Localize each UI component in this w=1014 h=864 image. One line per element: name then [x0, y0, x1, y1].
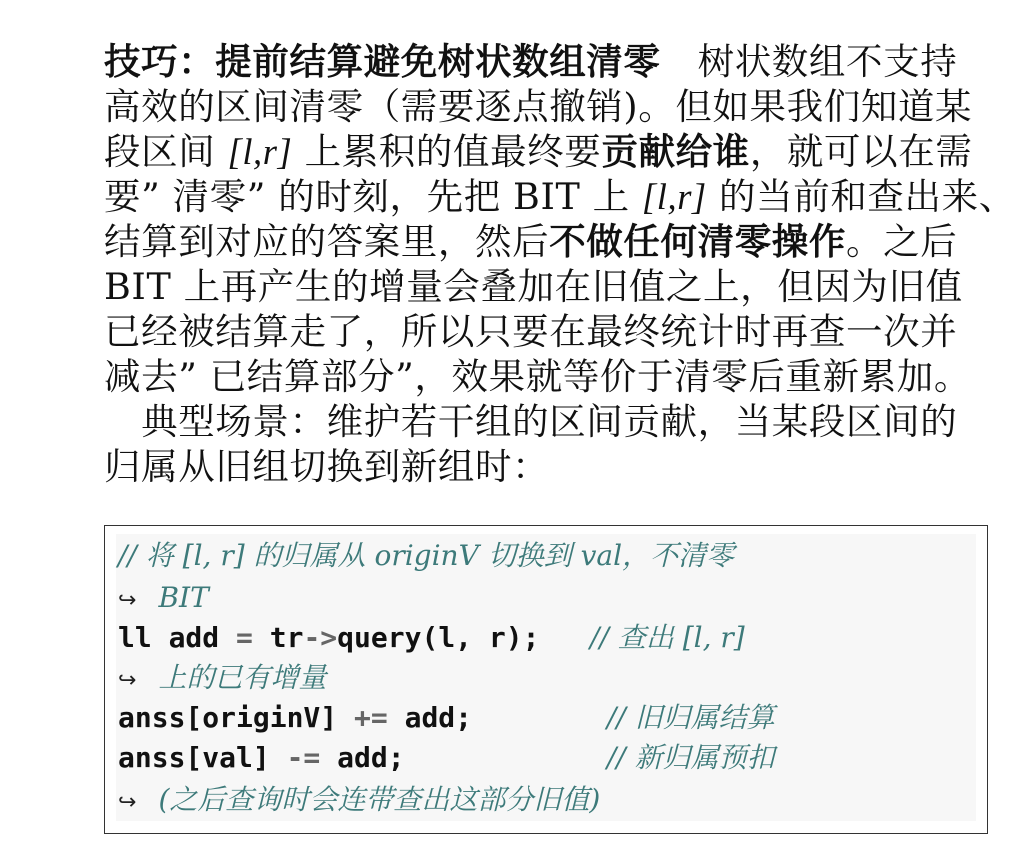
- paragraph-line: 技巧：提前结算避免树状数组清零 树状数组不支持: [104, 39, 957, 85]
- paragraph-line: 高效的区间清零（需要逐点撤销)。但如果我们知道某: [104, 84, 972, 130]
- code-line: ↪(之后查询时会连带查出这部分旧值): [118, 780, 600, 820]
- paragraph-line: 典型场景：维护若干组的区间贡献，当某段区间的: [104, 399, 957, 445]
- paragraph-line: 要” 清零” 的时刻，先把 BIT 上 [l,r] 的当前和查出来、: [104, 174, 1014, 220]
- code-line: ↪BIT: [118, 578, 209, 618]
- math-interval: [l,r]: [228, 131, 293, 172]
- paragraph-line: BIT 上再产生的增量会叠加在旧值之上，但因为旧值: [104, 264, 963, 310]
- code-line: // 将 [l, r] 的归属从 originV 切换到 val，不清零: [118, 536, 734, 576]
- code-line: ↪上的已有增量: [118, 658, 326, 698]
- paragraph-line: 已经被结算走了，所以只要在最终统计时再查一次并: [104, 309, 957, 355]
- code-line: anss[val] -= add; // 新归属预扣: [118, 738, 775, 778]
- bold-emphasis: 贡献给谁: [601, 130, 749, 173]
- math-interval: [l,r]: [642, 176, 707, 217]
- paragraph-line: 减去” 已结算部分”，效果就等价于清零后重新累加。: [104, 354, 971, 400]
- bold-emphasis: 不做任何清零操作: [549, 220, 846, 263]
- continuation-arrow-icon: ↪: [118, 668, 136, 693]
- paragraph-line: 结算到对应的答案里，然后不做任何清零操作。之后: [104, 219, 957, 265]
- paragraph-line: 段区间 [l,r] 上累积的值最终要贡献给谁，就可以在需: [104, 129, 972, 175]
- continuation-arrow-icon: ↪: [118, 588, 136, 613]
- code-line: ll add = tr->query(l, r); // 查出 [l, r]: [118, 618, 745, 658]
- technique-heading: 技巧：提前结算避免树状数组清零: [104, 40, 661, 83]
- code-listing: // 将 [l, r] 的归属从 originV 切换到 val，不清零 ↪BI…: [104, 525, 988, 834]
- paragraph-line: 归属从旧组切换到新组时：: [104, 444, 549, 490]
- code-line: anss[originV] += add; // 旧归属结算: [118, 698, 775, 738]
- code-background: // 将 [l, r] 的归属从 originV 切换到 val，不清零 ↪BI…: [116, 534, 976, 821]
- continuation-arrow-icon: ↪: [118, 790, 136, 815]
